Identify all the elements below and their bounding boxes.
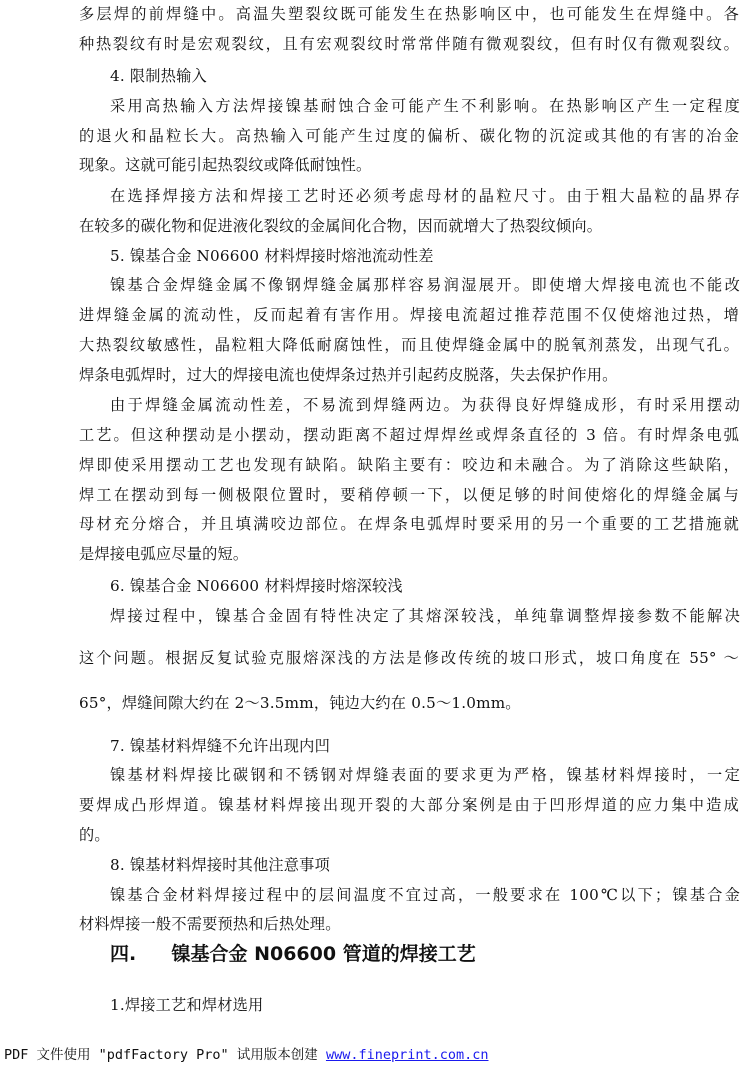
text-line: 这个问题。根据反复试验克服熔深浅的方法是修改传统的坡口形式，坡口角度在 55° … (79, 648, 739, 668)
text-line: 焊条电弧焊时，过大的焊接电流也使焊条过热并引起药皮脱落，失去保护作用。 (79, 365, 739, 385)
text-line: 镍基合金材料焊接过程中的层间温度不宜过高，一般要求在 100℃以下；镍基合金 (110, 885, 740, 905)
text-line: 镍基合金焊缝金属不像钢焊缝金属那样容易润湿展开。即使增大焊接电流也不能改 (110, 275, 740, 295)
text-line: 65°，焊缝间隙大约在 2～3.5mm，钝边大约在 0.5～1.0mm。 (79, 693, 739, 713)
text-line: 6. 镍基合金 N06600 材料焊接时熔深较浅 (110, 576, 740, 596)
text-line: 的。 (79, 825, 739, 845)
text-line: 工艺。但这种摆动是小摆动，摆动距离不超过焊焊丝或焊条直径的 3 倍。有时焊条电弧 (79, 425, 739, 445)
subsection-title: 1.焊接工艺和焊材选用 (110, 995, 740, 1015)
text-line: 现象。这就可能引起热裂纹或降低耐蚀性。 (79, 155, 739, 175)
text-line: 要焊成凸形焊道。镍基材料焊接出现开裂的大部分案例是由于凹形焊道的应力集中造成 (79, 795, 739, 815)
text-line: 的退火和晶粒长大。高热输入可能产生过度的偏析、碳化物的沉淀或其他的有害的冶金 (79, 126, 739, 146)
text-line: 多层焊的前焊缝中。高温失塑裂纹既可能发生在热影响区中，也可能发生在焊缝中。各 (79, 4, 739, 24)
fineprint-link[interactable]: www.fineprint.com.cn (326, 1047, 489, 1063)
text-line: 种热裂纹有时是宏观裂纹，且有宏观裂纹时常常伴随有微观裂纹，但有时仅有微观裂纹。 (79, 34, 739, 54)
footer-text: PDF 文件使用 "pdfFactory Pro" 试用版本创建 (4, 1047, 326, 1063)
text-line: 4. 限制热输入 (110, 66, 740, 86)
section-heading: 四. 镍基合金 N06600 管道的焊接工艺 (110, 942, 476, 966)
text-line: 焊工在摆动到每一侧极限位置时，要稍停顿一下，以便足够的时间使熔化的焊缝金属与 (79, 485, 739, 505)
text-line: 采用高热输入方法焊接镍基耐蚀合金可能产生不利影响。在热影响区产生一定程度 (110, 96, 740, 116)
pdf-watermark-footer: PDF 文件使用 "pdfFactory Pro" 试用版本创建 www.fin… (4, 1043, 489, 1063)
text-line: 母材充分熔合，并且填满咬边部位。在焊条电弧焊时要采用的另一个重要的工艺措施就 (79, 514, 739, 534)
text-line: 是焊接电弧应尽量的短。 (79, 544, 739, 564)
section-title: 镍基合金 N06600 管道的焊接工艺 (171, 943, 475, 965)
text-line: 在较多的碳化物和促进液化裂纹的金属间化合物，因而就增大了热裂纹倾向。 (79, 216, 739, 236)
section-number: 四. (110, 943, 136, 965)
text-line: 大热裂纹敏感性，晶粒粗大降低耐腐蚀性，而且使焊缝金属中的脱氧剂蒸发，出现气孔。 (79, 335, 739, 355)
text-line: 5. 镍基合金 N06600 材料焊接时熔池流动性差 (110, 246, 740, 266)
text-line: 进焊缝金属的流动性，反而起着有害作用。焊接电流超过推荐范围不仅使熔池过热，增 (79, 305, 739, 325)
text-line: 7. 镍基材料焊缝不允许出现内凹 (110, 736, 740, 756)
text-line: 焊即使采用摆动工艺也发现有缺陷。缺陷主要有：咬边和未融合。为了消除这些缺陷， (79, 455, 739, 475)
text-line: 镍基材料焊接比碳钢和不锈钢对焊缝表面的要求更为严格，镍基材料焊接时，一定 (110, 765, 740, 785)
text-line: 8. 镍基材料焊接时其他注意事项 (110, 855, 740, 875)
text-line: 焊接过程中，镍基合金固有特性决定了其熔深较浅，单纯靠调整焊接参数不能解决 (110, 606, 740, 626)
text-line: 由于焊缝金属流动性差，不易流到焊缝两边。为获得良好焊缝成形，有时采用摆动 (110, 395, 740, 415)
text-line: 材料焊接一般不需要预热和后热处理。 (79, 914, 739, 934)
text-line: 在选择焊接方法和焊接工艺时还必须考虑母材的晶粒尺寸。由于粗大晶粒的晶界存 (110, 186, 740, 206)
